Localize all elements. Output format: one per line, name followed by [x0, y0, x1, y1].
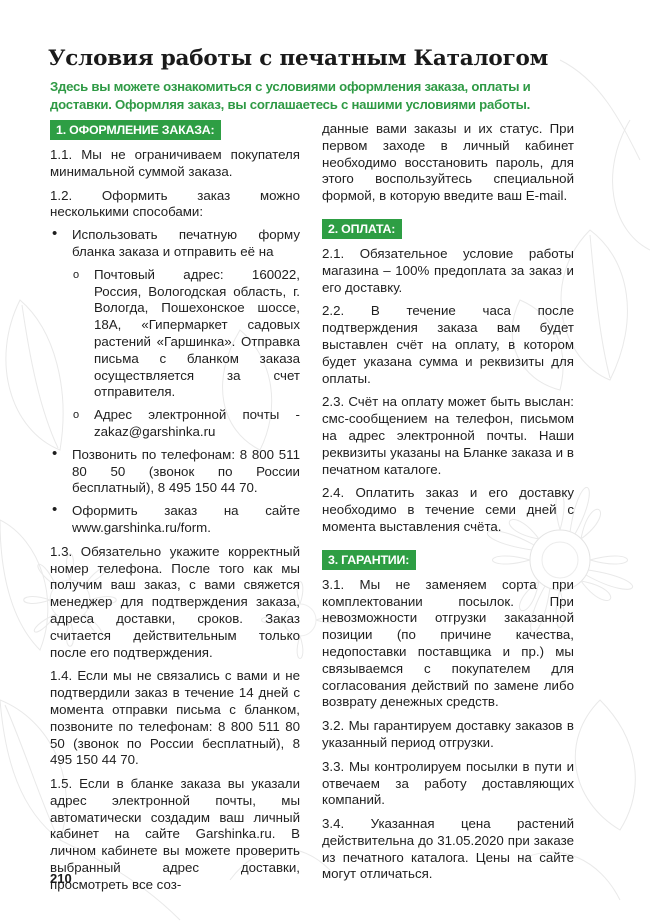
paragraph-1-5-continued: данные вами заказы и их статус. При перв… [322, 121, 574, 205]
order-method-print-form: Использовать печатную форму бланка заказ… [72, 227, 300, 259]
section-heading-guarantees: 3. ГАРАНТИИ: [322, 550, 416, 570]
right-column: данные вами заказы и их статус. При перв… [322, 121, 574, 883]
paragraph-1-4: 1.4. Если мы не связались с вами и не по… [50, 668, 300, 769]
order-methods-list: Использовать печатную форму бланка заказ… [50, 227, 300, 537]
section-heading-order: 1. ОФОРМЛЕНИЕ ЗАКАЗА: [50, 120, 221, 140]
paragraph-2-3: 2.3. Счёт на оплату может быть выслан: с… [322, 394, 574, 478]
paragraph-1-3: 1.3. Обязательно укажите корректный номе… [50, 544, 300, 662]
postal-address: Почтовый адрес: 160022, Россия, Вологодс… [72, 267, 300, 401]
paragraph-1-1: 1.1. Мы не ограничиваем покупателя миним… [50, 147, 300, 181]
paragraph-3-1: 3.1. Мы не заменяем сорта при комплектов… [322, 577, 574, 711]
email-address[interactable]: Адрес электронной почты - zakaz@garshink… [72, 407, 300, 441]
intro-text: Здесь вы можете ознакомиться с условиями… [50, 78, 590, 114]
paragraph-3-2: 3.2. Мы гарантируем доставку заказов в у… [322, 718, 574, 752]
paragraph-2-2: 2.2. В течение часа после подтверждения … [322, 303, 574, 387]
paragraph-3-3: 3.3. Мы контролируем посылки в пути и от… [322, 759, 574, 809]
paragraph-3-4: 3.4. Указанная цена растений действитель… [322, 816, 574, 883]
page-number: 210 [50, 871, 72, 886]
paragraph-2-1: 2.1. Обязательное условие работы магазин… [322, 246, 574, 296]
list-item: Использовать печатную форму бланка заказ… [50, 227, 300, 441]
paragraph-1-5-start: 1.5. Если в бланке заказа вы указали адр… [50, 776, 300, 894]
paragraph-1-2: 1.2. Оформить заказ можно несколькими сп… [50, 188, 300, 222]
left-column: 1. ОФОРМЛЕНИЕ ЗАКАЗА: 1.1. Мы не огранич… [50, 120, 300, 894]
section-heading-payment: 2. ОПЛАТА: [322, 219, 402, 239]
order-method-phone: Позвонить по телефонам: 8 800 511 80 50 … [50, 447, 300, 497]
order-method-sublist: Почтовый адрес: 160022, Россия, Вологодс… [72, 267, 300, 441]
page-title: Условия работы с печатным Каталогом [48, 46, 548, 71]
order-method-website[interactable]: Оформить заказ на сайте www.garshinka.ru… [50, 503, 300, 537]
paragraph-2-4: 2.4. Оплатить заказ и его доставку необх… [322, 485, 574, 535]
